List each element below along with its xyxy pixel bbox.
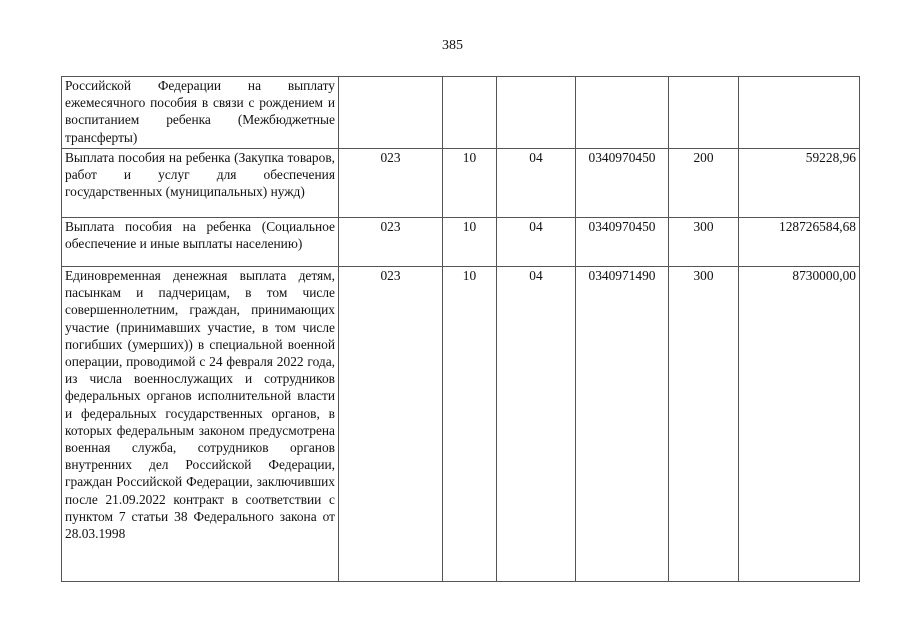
table-row: Выплата пособия на ребенка (Социальное о… [62, 218, 860, 267]
target-article-code: 0340970450 [576, 149, 669, 218]
table-row: Выплата пособия на ребенка (Закупка това… [62, 149, 860, 218]
ministry-code: 023 [339, 267, 443, 582]
amount [739, 77, 860, 149]
section-code [443, 77, 497, 149]
expense-type-code [669, 77, 739, 149]
ministry-code: 023 [339, 218, 443, 267]
section-code: 10 [443, 267, 497, 582]
budget-table: Российской Федерации на выплату ежемесяч… [61, 76, 860, 582]
row-description: Единовременная денежная выплата детям, п… [62, 267, 339, 582]
row-description: Выплата пособия на ребенка (Закупка това… [62, 149, 339, 218]
subsection-code: 04 [497, 267, 576, 582]
row-description: Российской Федерации на выплату ежемесяч… [62, 77, 339, 149]
target-article-code: 0340970450 [576, 218, 669, 267]
section-code: 10 [443, 149, 497, 218]
table-row: Российской Федерации на выплату ежемесяч… [62, 77, 860, 149]
section-code: 10 [443, 218, 497, 267]
subsection-code: 04 [497, 218, 576, 267]
amount: 128726584,68 [739, 218, 860, 267]
expense-type-code: 300 [669, 218, 739, 267]
amount: 8730000,00 [739, 267, 860, 582]
subsection-code: 04 [497, 149, 576, 218]
subsection-code [497, 77, 576, 149]
ministry-code: 023 [339, 149, 443, 218]
target-article-code [576, 77, 669, 149]
page-number: 385 [0, 38, 905, 54]
target-article-code: 0340971490 [576, 267, 669, 582]
expense-type-code: 300 [669, 267, 739, 582]
expense-type-code: 200 [669, 149, 739, 218]
table-row: Единовременная денежная выплата детям, п… [62, 267, 860, 582]
ministry-code [339, 77, 443, 149]
row-description: Выплата пособия на ребенка (Социальное о… [62, 218, 339, 267]
amount: 59228,96 [739, 149, 860, 218]
